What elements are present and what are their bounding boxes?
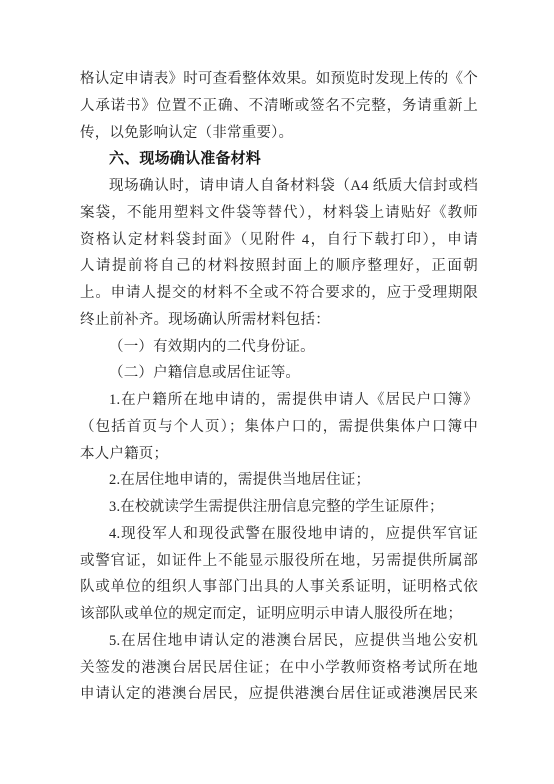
- paragraph: （二）户籍信息或居住证等。: [80, 360, 478, 387]
- text-line: 本人户籍页；: [80, 441, 478, 468]
- text-line: 传，以免影响认定（非常重要）。: [80, 120, 478, 147]
- text-line: 资格认定材料袋封面》（见附件 4，自行下载打印），申请: [80, 227, 478, 254]
- text-line: 该部队或单位的规定而定，证明应明示申请人服役所在地；: [80, 601, 478, 628]
- paragraph: 4.现役军人和现役武警在服役地申请的，应提供军官证或警官证，如证件上不能显示服役…: [80, 521, 478, 628]
- document-body: 格认定申请表》时可查看整体效果。如预览时发现上传的《个人承诺书》位置不正确、不清…: [80, 66, 478, 708]
- text-line: 4.现役军人和现役武警在服役地申请的，应提供军官证: [80, 521, 478, 548]
- text-line: 5.在居住地申请认定的港澳台居民，应提供当地公安机: [80, 628, 478, 655]
- text-line: 1.在户籍所在地申请的，需提供申请人《居民户口簿》: [80, 387, 478, 414]
- paragraph: 5.在居住地申请认定的港澳台居民，应提供当地公安机关签发的港澳台居民居住证；在中…: [80, 628, 478, 708]
- text-line: 现场确认时，请申请人自备材料袋（A4 纸质大信封或档: [80, 173, 478, 200]
- text-line: 队或单位的组织人事部门出具的人事关系证明，证明格式依: [80, 574, 478, 601]
- text-line: 格认定申请表》时可查看整体效果。如预览时发现上传的《个: [80, 66, 478, 93]
- text-line: （包括首页与个人页）；集体户口的，需提供集体户口簿中: [80, 414, 478, 441]
- paragraph: 2.在居住地申请的，需提供当地居住证；: [80, 467, 478, 494]
- paragraph: 1.在户籍所在地申请的，需提供申请人《居民户口簿》（包括首页与个人页）；集体户口…: [80, 387, 478, 467]
- paragraph: （一）有效期内的二代身份证。: [80, 334, 478, 361]
- text-line: 上。申请人提交的材料不全或不符合要求的，应于受理期限: [80, 280, 478, 307]
- text-line: 关签发的港澳台居民居住证；在中小学教师资格考试所在地: [80, 655, 478, 682]
- paragraph: 3.在校就读学生需提供注册信息完整的学生证原件；: [80, 494, 478, 521]
- text-line: 终止前补齐。现场确认所需材料包括：: [80, 307, 478, 334]
- paragraph: 格认定申请表》时可查看整体效果。如预览时发现上传的《个人承诺书》位置不正确、不清…: [80, 66, 478, 146]
- text-line: 3.在校就读学生需提供注册信息完整的学生证原件；: [80, 494, 478, 521]
- text-line: 申请认定的港澳台居民，应提供港澳台居住证或港澳居民来: [80, 681, 478, 708]
- section-heading: 六、现场确认准备材料: [80, 146, 478, 173]
- document-page: 格认定申请表》时可查看整体效果。如预览时发现上传的《个人承诺书》位置不正确、不清…: [0, 0, 554, 784]
- text-line: 案袋，不能用塑料文件袋等替代），材料袋上请贴好《教师: [80, 200, 478, 227]
- text-line: 或警官证，如证件上不能显示服役所在地，另需提供所属部: [80, 548, 478, 575]
- text-line: 2.在居住地申请的，需提供当地居住证；: [80, 467, 478, 494]
- paragraph: 现场确认时，请申请人自备材料袋（A4 纸质大信封或档案袋，不能用塑料文件袋等替代…: [80, 173, 478, 334]
- text-line: （二）户籍信息或居住证等。: [80, 360, 478, 387]
- text-line: 人承诺书》位置不正确、不清晰或签名不完整，务请重新上: [80, 93, 478, 120]
- text-line: 人请提前将自己的材料按照封面上的顺序整理好，正面朝: [80, 253, 478, 280]
- text-line: （一）有效期内的二代身份证。: [80, 334, 478, 361]
- heading-line: 六、现场确认准备材料: [80, 146, 478, 173]
